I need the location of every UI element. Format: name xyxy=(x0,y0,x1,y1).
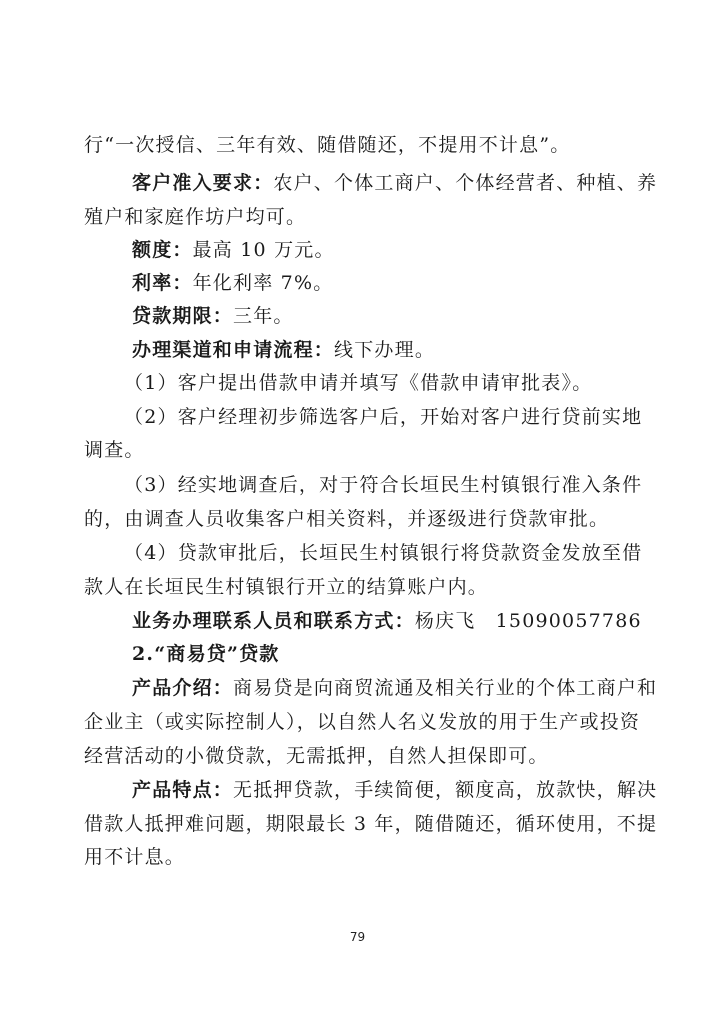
line-text: 农户、个体工商户、个体经营者、种植、养 xyxy=(273,172,657,194)
text-line: 款人在长垣民生村镇银行开立的结算账户内。 xyxy=(84,575,632,599)
field-label: 贷款期限： xyxy=(132,305,233,327)
text-line: 客户准入要求：农户、个体工商户、个体经营者、种植、养 xyxy=(132,171,632,195)
text-line: 的，由调查人员收集客户相关资料，并逐级进行贷款审批。 xyxy=(84,507,632,531)
line-text: （3）经实地调查后，对于符合长垣民生村镇银行准入条件 xyxy=(124,474,642,496)
section-heading: 2.“商易贷”贷款 xyxy=(132,642,632,666)
text-line: 企业主（或实际控制人），以自然人名义发放的用于生产或投资 xyxy=(84,710,632,734)
line-text: 企业主（或实际控制人），以自然人名义发放的用于生产或投资 xyxy=(84,711,640,733)
text-line: （2）客户经理初步筛选客户后，开始对客户进行贷前实地 xyxy=(124,405,672,429)
text-line: 产品特点：无抵押贷款，手续简便，额度高，放款快，解决 xyxy=(132,778,632,802)
line-text: 的，由调查人员收集客户相关资料，并逐级进行贷款审批。 xyxy=(84,508,609,530)
text-line: 调查。 xyxy=(84,438,632,462)
heading-text: 2.“商易贷”贷款 xyxy=(132,643,280,665)
text-line: 办理渠道和申请流程：线下办理。 xyxy=(132,338,632,362)
text-line: 产品介绍：商易贷是向商贸流通及相关行业的个体工商户和 xyxy=(132,676,632,700)
line-text: 年化利率 7%。 xyxy=(193,272,334,294)
text-line: （4）贷款审批后，长垣民生村镇银行将贷款资金发放至借 xyxy=(124,541,672,565)
field-label: 额度： xyxy=(132,239,193,261)
field-label: 利率： xyxy=(132,272,193,294)
line-text: 线下办理。 xyxy=(334,339,435,361)
field-label: 产品特点： xyxy=(132,779,233,801)
document-page: 行“一次授信、三年有效、随借随还，不提用不计息”。 客户准入要求：农户、个体工商… xyxy=(0,0,715,1011)
text-line: 经营活动的小微贷款，无需抵押，自然人担保即可。 xyxy=(84,744,632,768)
field-label: 客户准入要求： xyxy=(132,172,273,194)
line-text: 借款人抵押难问题，期限最长 3 年，随借随还，循环使用，不提 xyxy=(84,813,657,835)
text-line: 殖户和家庭作坊户均可。 xyxy=(84,205,632,229)
line-text: （4）贷款审批后，长垣民生村镇银行将贷款资金发放至借 xyxy=(124,542,642,564)
text-line: 业务办理联系人员和联系方式：杨庆飞 15090057786 xyxy=(132,609,632,633)
line-text: （2）客户经理初步筛选客户后，开始对客户进行贷前实地 xyxy=(124,406,642,428)
line-text: 经营活动的小微贷款，无需抵押，自然人担保即可。 xyxy=(84,745,549,767)
field-label: 产品介绍： xyxy=(132,677,233,699)
line-text: （1）客户提出借款申请并填写《借款申请审批表》。 xyxy=(124,372,592,394)
line-text: 款人在长垣民生村镇银行开立的结算账户内。 xyxy=(84,576,488,598)
line-text: 无抵押贷款，手续简便，额度高，放款快，解决 xyxy=(233,779,657,801)
line-text: 殖户和家庭作坊户均可。 xyxy=(84,206,306,228)
text-line: （1）客户提出借款申请并填写《借款申请审批表》。 xyxy=(124,371,672,395)
field-label: 业务办理联系人员和联系方式： xyxy=(132,610,415,632)
line-text: 用不计息。 xyxy=(84,846,185,868)
text-line: （3）经实地调查后，对于符合长垣民生村镇银行准入条件 xyxy=(124,473,672,497)
page-number: 79 xyxy=(0,930,715,944)
line-text: 调查。 xyxy=(84,439,145,461)
text-line: 行“一次授信、三年有效、随借随还，不提用不计息”。 xyxy=(84,133,632,157)
line-text: 行“一次授信、三年有效、随借随还，不提用不计息”。 xyxy=(84,134,570,156)
line-text: 商易贷是向商贸流通及相关行业的个体工商户和 xyxy=(233,677,657,699)
text-line: 借款人抵押难问题，期限最长 3 年，随借随还，循环使用，不提 xyxy=(84,812,632,836)
field-label: 办理渠道和申请流程： xyxy=(132,339,334,361)
line-text: 三年。 xyxy=(233,305,294,327)
line-text: 最高 10 万元。 xyxy=(193,239,335,261)
text-line: 用不计息。 xyxy=(84,845,632,869)
text-line: 利率：年化利率 7%。 xyxy=(132,271,632,295)
line-text: 杨庆飞 15090057786 xyxy=(415,610,642,632)
text-line: 额度：最高 10 万元。 xyxy=(132,238,632,262)
text-line: 贷款期限：三年。 xyxy=(132,304,632,328)
